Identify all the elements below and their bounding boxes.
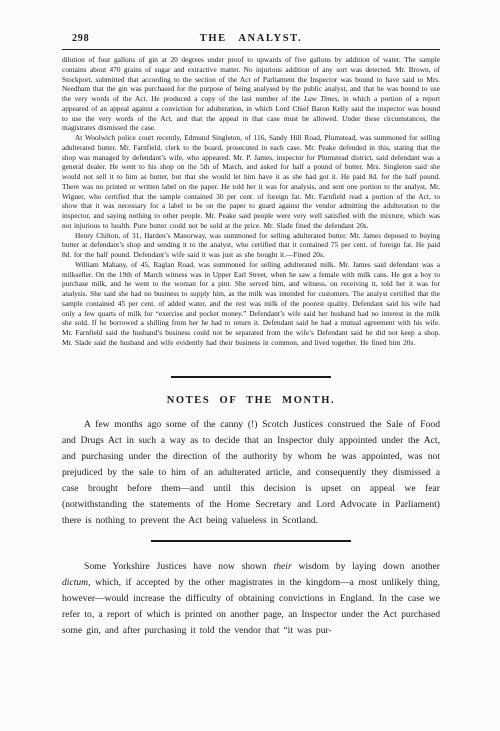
sub-section-divider-rule bbox=[151, 540, 351, 542]
paragraph-mahany-case: William Mahany, of 45, Raglan Road, was … bbox=[62, 260, 440, 348]
journal-page: 298 THE ANALYST. dilution of four gallon… bbox=[0, 0, 500, 731]
their-italic: their bbox=[274, 561, 292, 572]
dictum-italic: dictum bbox=[62, 577, 88, 588]
notes-of-the-month-section: NOTES OF THE MONTH. A few months ago som… bbox=[62, 395, 440, 639]
paragraph-gin-case-continuation: dilution of four gallons of gin at 20 de… bbox=[62, 55, 440, 133]
paragraph-woolwich-singleton-case: At Woolwich police court recently, Edmun… bbox=[62, 133, 440, 231]
law-times-italic: Law Times bbox=[304, 94, 337, 103]
page-number: 298 bbox=[62, 33, 200, 44]
page-header: 298 THE ANALYST. bbox=[62, 33, 440, 49]
section-title: NOTES OF THE MONTH. bbox=[62, 395, 440, 406]
text-run: , which, if accepted by the other magist… bbox=[62, 577, 440, 636]
text-run: Some Yorkshire Justices have now shown bbox=[84, 561, 274, 572]
paragraph-yorkshire-justices: Some Yorkshire Justices have now shown t… bbox=[62, 559, 440, 639]
text-run: wisdom by laying down another bbox=[292, 561, 440, 572]
section-divider-rule bbox=[171, 376, 331, 378]
journal-title: THE ANALYST. bbox=[200, 33, 302, 44]
paragraph-scotch-justices: A few months ago some of the canny (!) S… bbox=[62, 417, 440, 529]
court-reports-section: dilution of four gallons of gin at 20 de… bbox=[62, 55, 440, 348]
paragraph-chilton-case: Henry Chilton, of 31, Harden’s Manorway,… bbox=[62, 231, 440, 260]
header-rule bbox=[62, 49, 440, 50]
